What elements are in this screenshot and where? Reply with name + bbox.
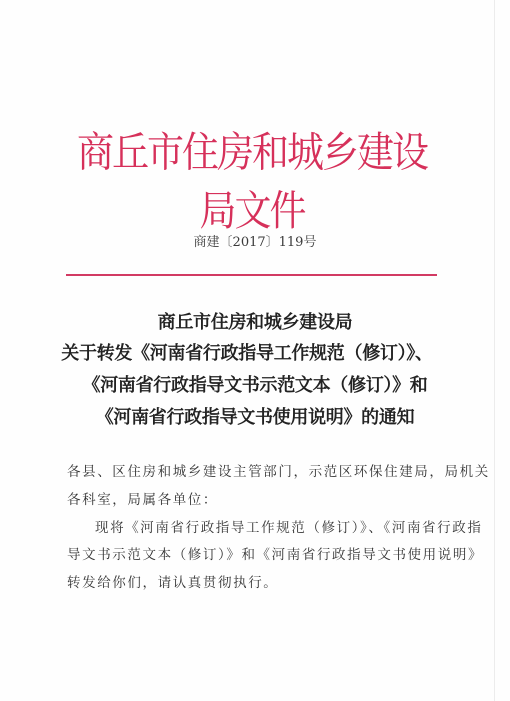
notice-heading-line-2: 关于转发《河南省行政指导工作规范（修订）》、 (0, 341, 502, 367)
notice-heading-line-1: 商丘市住房和城乡建设局 (0, 310, 510, 336)
body-paragraph-line-1: 现将《河南省行政指导工作规范（修订）》、《河南省行政指 (95, 518, 482, 538)
notice-heading-line-3: 《河南省行政指导文书示范文本（修订）》和 (0, 373, 510, 399)
document-page: 商丘市住房和城乡建设局文件 商建〔2017〕119号 商丘市住房和城乡建设局 关… (0, 0, 510, 701)
body-addressee-line-2: 各科室，局属各单位： (67, 490, 218, 510)
body-paragraph-line-3: 转发给你们，请认真贯彻执行。 (67, 573, 278, 593)
body-paragraph-line-2: 导文书示范文本（修订）》和《河南省行政指导文书使用说明》 (67, 545, 483, 565)
red-divider-rule (66, 274, 437, 276)
document-header-title: 商丘市住房和城乡建设局文件 (62, 124, 442, 240)
document-number: 商建〔2017〕119号 (0, 233, 510, 253)
notice-heading-line-4: 《河南省行政指导文书使用说明》的通知 (0, 405, 510, 431)
body-addressee-line-1: 各县、区住房和城乡建设主管部门，示范区环保住建局，局机关 (67, 462, 490, 482)
